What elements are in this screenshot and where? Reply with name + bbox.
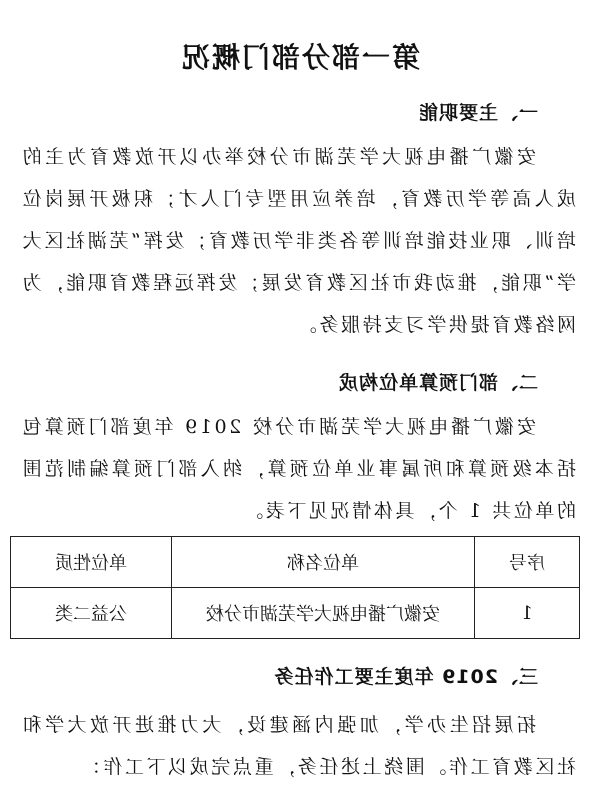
- table-row: 1 安徽广播电视大学芜湖市分校 公益二类: [11, 588, 580, 639]
- section-1-paragraph: 安徽广播电视大学芜湖市分校举办以开放教育为主的成人高等学历教育，培养应用型专门人…: [20, 136, 576, 346]
- cell-unit-type: 公益二类: [11, 588, 172, 639]
- header-seq: 序号: [475, 537, 580, 588]
- section-2-paragraph: 安徽广播电视大学芜湖市分校 2019 年度部门预算包括本级预算和所属事业单位预算…: [20, 406, 576, 532]
- cell-seq: 1: [475, 588, 580, 639]
- section-heading-1: 一、主要职能: [418, 98, 538, 125]
- table-header-row: 序号 单位名称 单位性质: [11, 537, 580, 588]
- header-unit-name: 单位名称: [172, 537, 475, 588]
- section-heading-3: 三、2019 年度主要工作任务: [274, 662, 539, 689]
- document-page: 第一部分部门概况 一、主要职能 安徽广播电视大学芜湖市分校举办以开放教育为主的成…: [0, 0, 600, 789]
- cell-unit-name: 安徽广播电视大学芜湖市分校: [172, 588, 475, 639]
- section-3-paragraph: 拓展招生办学，加强内涵建设，大力推进开放大学和社区教育工作。围绕上述任务，重点完…: [20, 704, 576, 788]
- page-title: 第一部分部门概况: [0, 36, 600, 76]
- header-unit-type: 单位性质: [11, 537, 172, 588]
- unit-table: 序号 单位名称 单位性质 1 安徽广播电视大学芜湖市分校 公益二类: [10, 536, 580, 639]
- section-heading-2: 二、部门预算单位构成: [338, 368, 538, 395]
